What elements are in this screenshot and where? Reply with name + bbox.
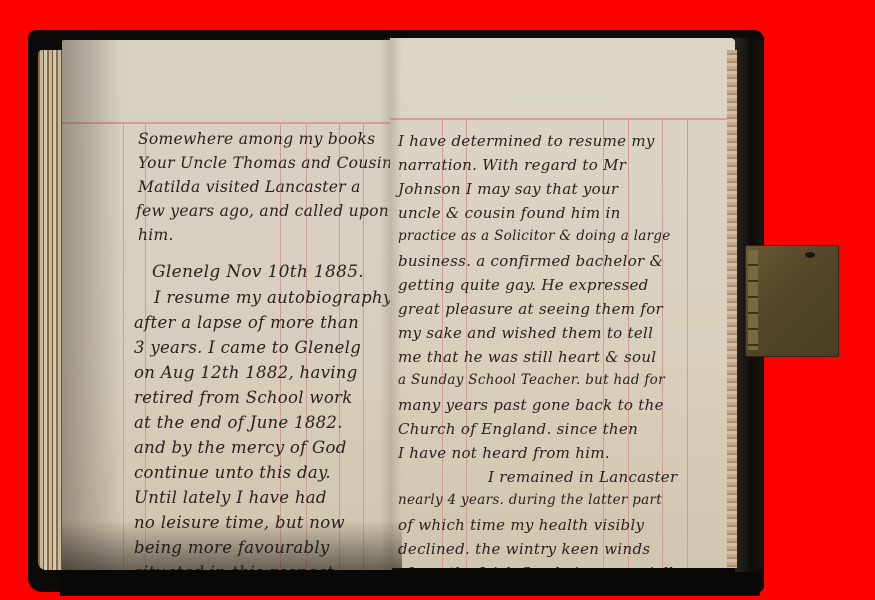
text-line: me that he was still heart & soul: [398, 348, 656, 366]
text-line: nearly 4 years. during the latter part: [398, 492, 662, 508]
text-line: and by the mercy of God: [134, 438, 347, 457]
text-line: business. a confirmed bachelor &: [398, 252, 663, 270]
text-line: practice as a Solicitor & doing a large: [398, 228, 671, 244]
text-line: Matilda visited Lancaster a: [138, 178, 361, 196]
text-line: narration. With regard to Mr: [398, 156, 626, 174]
center-gutter: [380, 38, 402, 570]
text-line: Until lately I have had: [134, 488, 327, 507]
column-rule: [363, 123, 364, 570]
page-edges-right: [727, 50, 737, 568]
margin-rule: [123, 123, 124, 570]
text-line: of which time my health visibly: [398, 516, 644, 534]
text-line: I remained in Lancaster: [488, 468, 677, 486]
text-line: continue unto this day.: [134, 463, 331, 482]
brass-clasp: [745, 245, 839, 357]
date-heading: Glenelg Nov 10th 1885.: [152, 262, 364, 282]
text-line: Johnson I may say that your: [398, 180, 618, 198]
text-line: retired from School work: [134, 388, 353, 407]
text-line: few years ago, and called upon: [136, 202, 389, 220]
text-line: 3 years. I came to Glenelg: [134, 338, 361, 357]
text-line: my sake and wished them to tell: [398, 324, 653, 342]
text-line: after a lapse of more than: [134, 313, 359, 332]
text-line: Somewhere among my books: [138, 130, 375, 148]
clasp-hinge: [748, 250, 758, 350]
page-edges-left: [38, 50, 64, 570]
text-line: at the end of June 1882.: [134, 413, 343, 432]
text-line: on Aug 12th 1882, having: [134, 363, 358, 382]
text-line: many years past gone back to the: [398, 396, 664, 414]
text-line: uncle & cousin found him in: [398, 204, 621, 222]
text-line: a Sunday School Teacher. but had for: [398, 372, 665, 388]
column-rule: [687, 119, 688, 568]
text-line: Your Uncle Thomas and Cousin: [138, 154, 392, 172]
cover-bottom-edge: [60, 566, 760, 596]
text-line: getting quite gay. He expressed: [398, 276, 649, 294]
bottom-shadow: [62, 520, 402, 570]
text-line: declined. the wintry keen winds: [398, 540, 650, 558]
text-line: I resume my autobiography: [154, 288, 392, 307]
text-line: Church of England. since then: [398, 420, 638, 438]
text-line: I have determined to resume my: [398, 132, 655, 150]
left-page-shadow: [62, 40, 122, 570]
text-line: I have not heard from him.: [398, 444, 610, 462]
right-page: I have determined to resume my narration…: [390, 38, 735, 568]
text-line: from the Irish Sea being especially: [406, 564, 682, 568]
text-line: him.: [138, 226, 174, 244]
clasp-hole: [805, 252, 815, 258]
column-rule: [662, 119, 663, 568]
text-line: great pleasure at seeing them for: [398, 300, 663, 318]
